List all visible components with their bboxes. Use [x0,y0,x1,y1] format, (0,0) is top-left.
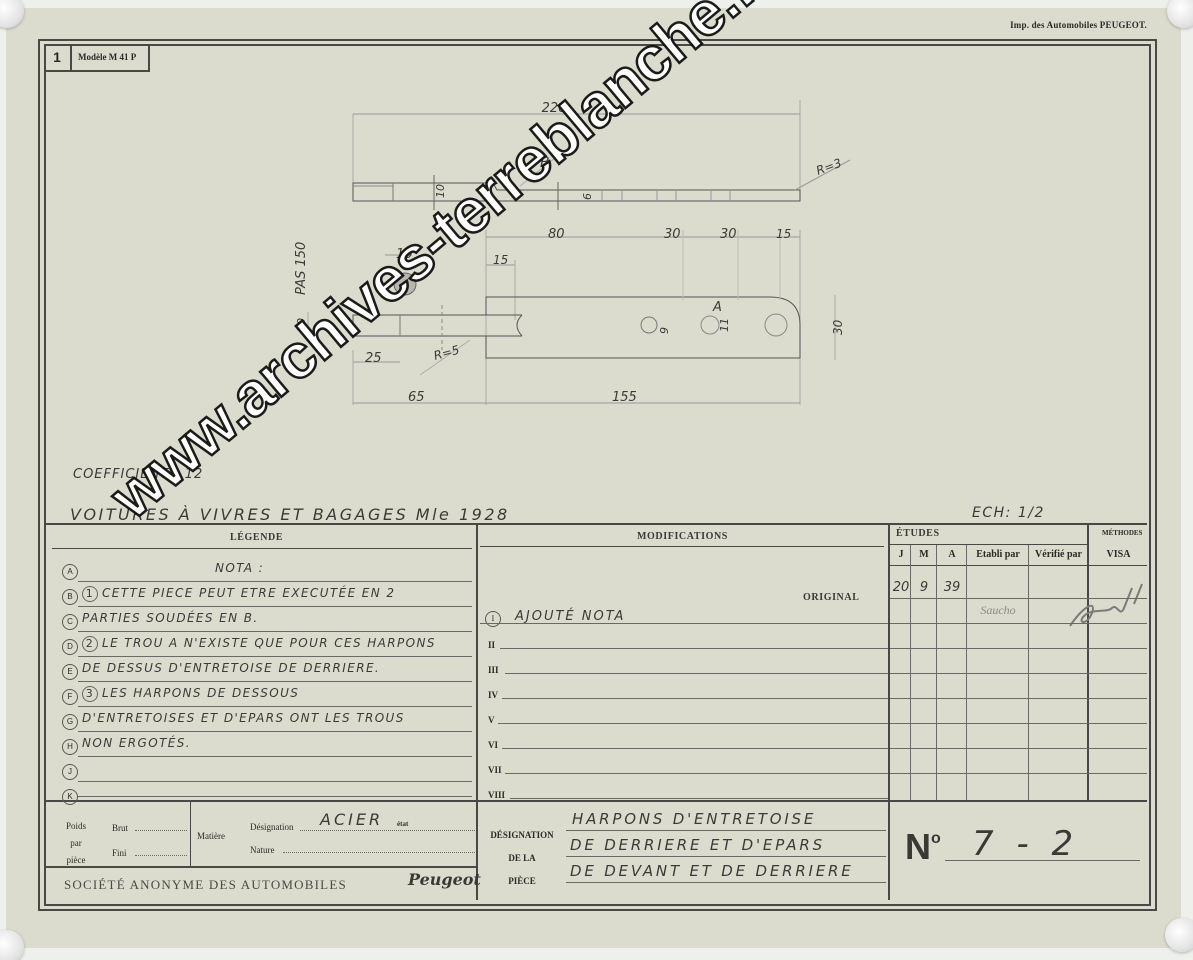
fini-label: Fini [112,848,127,858]
part-rule [566,882,886,883]
matiere-label: Matière [197,831,225,841]
dim-hole-11: 11 [718,318,731,332]
dim-height-30: 30 [831,319,845,335]
legend-row: ANOTA : [60,559,474,583]
number-label: No [905,826,941,868]
legend-row: CPARTIES SOUDÉES EN B. [60,609,474,633]
part-designation-label: DÉSIGNATION DE LA PIÈCE [486,824,558,893]
legend-header-rule [52,548,472,549]
visa-label: VISA [1090,549,1147,560]
material-suffix: état [397,820,408,828]
modification-row: VIII [485,782,887,806]
modification-row: VII [485,757,887,781]
legend-rule [78,581,472,582]
col-etabli: Etabli par [968,549,1028,560]
col-a: A [938,549,966,560]
visa-signature [1062,578,1152,638]
radius-r3: R=3 [814,156,843,178]
fini-field[interactable] [135,855,187,856]
legend-rule [78,731,472,732]
legend-rule [78,756,472,757]
legend-rule [78,781,472,782]
table-top-border [46,523,1147,525]
legend-rule [78,796,472,797]
weight-divider [190,801,191,867]
legend-row: EDE DESSUS D'ENTRETOISE DE DERRIERE. [60,659,474,683]
original-label: ORIGINAL [803,592,859,603]
dim-155: 155 [612,390,637,405]
divider-legend-mods [476,523,478,900]
modifications-header-rule [480,546,884,547]
dim-15-end: 15 [776,227,791,241]
brut-field[interactable] [135,830,187,831]
etudes-rule [890,723,1147,724]
legend-row: B1CETTE PIECE PEUT ETRE EXECUTÉE EN 2 [60,584,474,608]
number-rule [945,860,1140,861]
modification-row: V [485,707,887,731]
etudes-header: ÉTUDES [896,528,940,539]
designation-rule [300,830,475,831]
legend-rule [78,706,472,707]
modification-row: III [485,657,887,681]
nature-field[interactable] [283,852,475,853]
legend-row: J [60,759,474,783]
etudes-rule [890,648,1147,649]
company-name: SOCIÉTÉ ANONYME DES AUTOMOBILES [64,877,347,893]
legend-row: GD'ENTRETOISES ET D'EPARS ONT LES TROUS [60,709,474,733]
hole-label-a: A [712,300,722,315]
part-rule [566,830,886,831]
modification-row: IAJOUTÉ NOTA [485,607,887,631]
legend-rule [78,656,472,657]
etudes-rule [890,773,1147,774]
etudes-rule [890,748,1147,749]
brut-label: Brut [112,823,128,833]
legend-rule [78,681,472,682]
mod-rule [510,798,888,799]
pitch-label: PAS 150 [294,242,309,295]
legend-header: LÉGENDE [230,532,283,543]
legend-row: F3LES HARPONS DE DESSOUS [60,684,474,708]
mod-rule [502,748,888,749]
date-month: 9 [912,580,936,595]
mod-rule [505,673,888,674]
dim-25: 25 [365,351,382,366]
designation-label: Désignation [250,822,294,832]
company-top-border [46,866,476,868]
legend-row: D2LE TROU A N'EXISTE QUE POUR CES HARPON… [60,634,474,658]
drawing-number: 7 - 2 [972,824,1079,864]
mod-rule [480,623,888,624]
col-verifie: Vérifié par [1030,549,1087,560]
col-j: J [892,549,910,560]
dim-thickness-6: 6 [581,193,594,200]
part-rule [566,856,886,857]
date-year: 39 [938,580,966,595]
radius-r5: R=5 [432,343,461,363]
modification-row: VI [485,732,887,756]
mod-rule [498,723,888,724]
dim-hole-9: 9 [658,327,671,334]
weight-label: Poids par pièce [62,818,90,869]
etudes-subheader-rule [890,565,1147,566]
date-day: 20 [890,580,912,595]
modification-row: IV [485,682,887,706]
scale-label: ECH: 1/2 [972,505,1045,521]
material-value: ACIER [320,810,383,829]
col-m: M [912,549,936,560]
etudes-rule [890,623,1147,624]
legend-rule [78,631,472,632]
methodes-header: MÉTHODES [1102,529,1142,537]
dim-65: 65 [408,390,425,405]
part-line-3: DE DEVANT ET DE DERRIERE [570,862,854,880]
nature-label: Nature [250,845,275,855]
mod-rule [500,648,888,649]
modifications-header: MODIFICATIONS [637,531,728,542]
mod-rule [505,773,888,774]
part-line-1: HARPONS D'ENTRETOISE [572,810,816,828]
legend-rule [78,606,472,607]
legend-row: HNON ERGOTÉS. [60,734,474,758]
etudes-rule [890,698,1147,699]
etudes-header-rule [890,544,1087,545]
dim-30b: 30 [720,227,737,242]
mod-rule [502,698,888,699]
dim-80: 80 [548,227,565,242]
modification-row: II [485,632,887,656]
part-line-2: DE DERRIERE ET D'EPARS [570,836,825,854]
dim-30a: 30 [664,227,681,242]
peugeot-logo: Peugeot [408,870,481,889]
etudes-rule [890,673,1147,674]
dim-15-slot: 15 [493,253,508,267]
etabli-signature: Saucho [968,603,1028,618]
etudes-rule [890,598,1147,599]
